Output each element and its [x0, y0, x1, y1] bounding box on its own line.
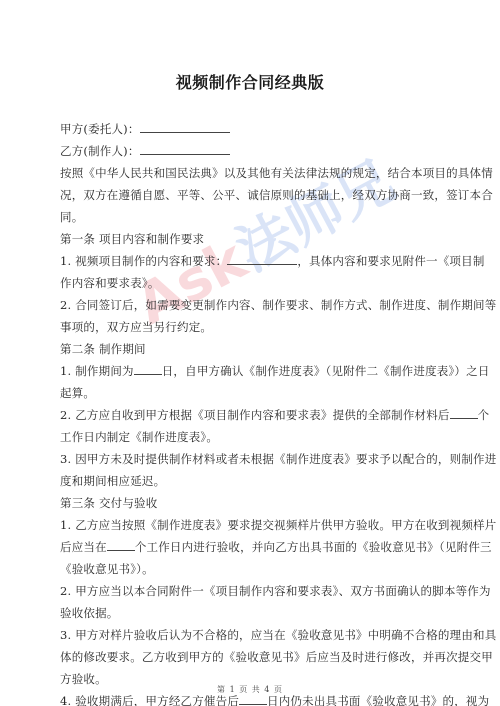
article-3-item-3-cont: 体的修改要求。乙方收到甲方的《验收意见书》后应当及时进行修改，并再次提交甲 [60, 646, 446, 668]
acceptance-days-blank [107, 537, 135, 551]
party-b-line: 乙方(制作人)： [60, 140, 446, 162]
article-1-item-1: 1. 视频项目制作的内容和要求：，具体内容和要求见附件一《项目制 [60, 250, 446, 272]
document-body: 甲方(委托人)： 乙方(制作人)： 按照《中华人民共和国民法典》以及其他有关法律… [60, 118, 446, 706]
article-3-item-2: 2. 甲方应当以本合同附件一《项目制作内容和要求表》、双方书面确认的脚本等作为 [60, 580, 446, 602]
article-3-item-3: 3. 甲方对样片验收后认为不合格的，应当在《验收意见书》中明确不合格的理由和具 [60, 624, 446, 646]
article-2-heading: 第二条 制作期间 [60, 338, 446, 360]
content-blank [227, 251, 297, 265]
article-1-item-2: 2. 合同签订后，如需要变更制作内容、制作要求、制作方式、制作进度、制作期间等 [60, 294, 446, 316]
intro-line: 同。 [60, 206, 446, 228]
article-2-item-2-cont: 工作日内制定《制作进度表》。 [60, 426, 446, 448]
article-2-item-2: 2. 乙方应自收到甲方根据《项目制作内容和要求表》提供的全部制作材料后个 [60, 404, 446, 426]
article-3-item-1-cont: 后应当在个工作日内进行验收，并向乙方出具书面的《验收意见书》（见附件三 [60, 536, 446, 558]
page-footer: 第 1 页 共 4 页 [0, 684, 500, 695]
article-1-heading: 第一条 项目内容和制作要求 [60, 228, 446, 250]
document-title: 视频制作合同经典版 [0, 70, 500, 93]
article-3-heading: 第三条 交付与验收 [60, 492, 446, 514]
article-2-item-1: 1. 制作期间为日，自甲方确认《制作进度表》（见附件二《制作进度表》）之日 [60, 360, 446, 382]
article-3-item-1-cont: 《验收意见书》）。 [60, 558, 446, 580]
article-3-item-1: 1. 乙方应当按照《制作进度表》要求提交视频样片供甲方验收。甲方在收到视频样片 [60, 514, 446, 536]
workdays-blank [450, 405, 478, 419]
article-3-item-2-cont: 验收依据。 [60, 602, 446, 624]
party-a-blank [140, 119, 230, 133]
article-1-item-1-cont: 作内容和要求表》。 [60, 272, 446, 294]
article-2-item-1-cont: 起算。 [60, 382, 446, 404]
party-b-blank [140, 141, 230, 155]
article-1-item-2-cont: 事项的，双方应当另行约定。 [60, 316, 446, 338]
party-a-line: 甲方(委托人)： [60, 118, 446, 140]
document-page: Ask法师兄 视频制作合同经典版 甲方(委托人)： 乙方(制作人)： 按照《中华… [0, 0, 500, 706]
article-2-item-3: 3. 因甲方未及时提供制作材料或者未根据《制作进度表》要求予以配合的，则制作进 [60, 448, 446, 470]
intro-line: 况，双方在遵循自愿、平等、公平、诚信原则的基础上，经双方协商一致，签订本合 [60, 184, 446, 206]
article-2-item-3-cont: 度和期间相应延迟。 [60, 470, 446, 492]
intro-line: 按照《中华人民共和国民法典》以及其他有关法律法规的规定，结合本项目的具体情 [60, 162, 446, 184]
days-blank [134, 361, 162, 375]
